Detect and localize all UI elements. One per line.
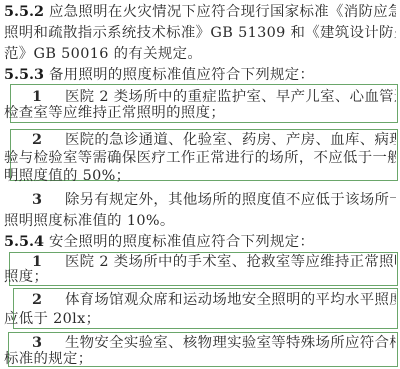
clause-5-5-4-item-2-line-1: 2 体育场馆观众席和运动场地安全照明的平均水平照度不 xyxy=(4,290,396,310)
clause-5-5-4-item-2-line-2: 应低于 20lx； xyxy=(4,309,396,329)
clause-title: 备用照明的照度标准值应符合下列规定： xyxy=(49,67,314,83)
clause-text: 应急照明在火灾情况下应符合现行国家标准《消防应急 xyxy=(49,4,396,20)
item-text: 除另有规定外，其他场所的照度值不应低于该场所一般 xyxy=(65,192,396,208)
clause-5-5-2-line-2: 照明和疏散指示系统技术标准》GB 51309 和《建筑设计防火规 xyxy=(4,23,396,43)
clause-5-5-3-item-3-line-1: 3 除另有规定外，其他场所的照度值不应低于该场所一般 xyxy=(4,190,396,210)
clause-5-5-4-item-1-line-2: 照度； xyxy=(4,267,396,287)
item-text: 体育场馆观众席和运动场地安全照明的平均水平照度不 xyxy=(65,292,396,308)
clause-5-5-4-item-3-line-2: 标准的规定； xyxy=(4,349,396,369)
clause-number: 5.5.4 xyxy=(4,232,44,252)
clause-number: 5.5.2 xyxy=(4,2,44,22)
clause-5-5-3-heading: 5.5.3 备用照明的照度标准值应符合下列规定： xyxy=(4,65,396,85)
clause-5-5-3-item-1-line-2: 检查室等应维持正常照明的照度； xyxy=(4,103,396,123)
item-number: 2 xyxy=(4,130,60,150)
clause-5-5-3-item-2-line-1: 2 医院的急诊通道、化验室、药房、产房、血库、病理实 xyxy=(4,130,396,150)
clause-5-5-4-heading: 5.5.4 安全照明的照度标准值应符合下列规定： xyxy=(4,232,396,252)
item-text: 医院的急诊通道、化验室、药房、产房、血库、病理实 xyxy=(65,132,396,148)
clause-number: 5.5.3 xyxy=(4,65,44,85)
clause-title: 安全照明的照度标准值应符合下列规定： xyxy=(49,234,314,250)
item-number: 2 xyxy=(4,290,60,310)
item-number: 3 xyxy=(4,190,60,210)
clause-5-5-3-item-3-line-2: 照明照度标准值的 10%。 xyxy=(4,211,396,231)
clause-5-5-3-item-2-line-3: 明照度值的 50%； xyxy=(4,166,396,186)
clause-5-5-2-line-1: 5.5.2 应急照明在火灾情况下应符合现行国家标准《消防应急 xyxy=(4,2,396,22)
clause-5-5-2-line-3: 范》GB 50016 的有关规定。 xyxy=(4,44,396,64)
clause-5-5-3-item-2-line-2: 验与检验室等需确保医疗工作正常进行的场所，不应低于一般照 xyxy=(4,148,396,168)
